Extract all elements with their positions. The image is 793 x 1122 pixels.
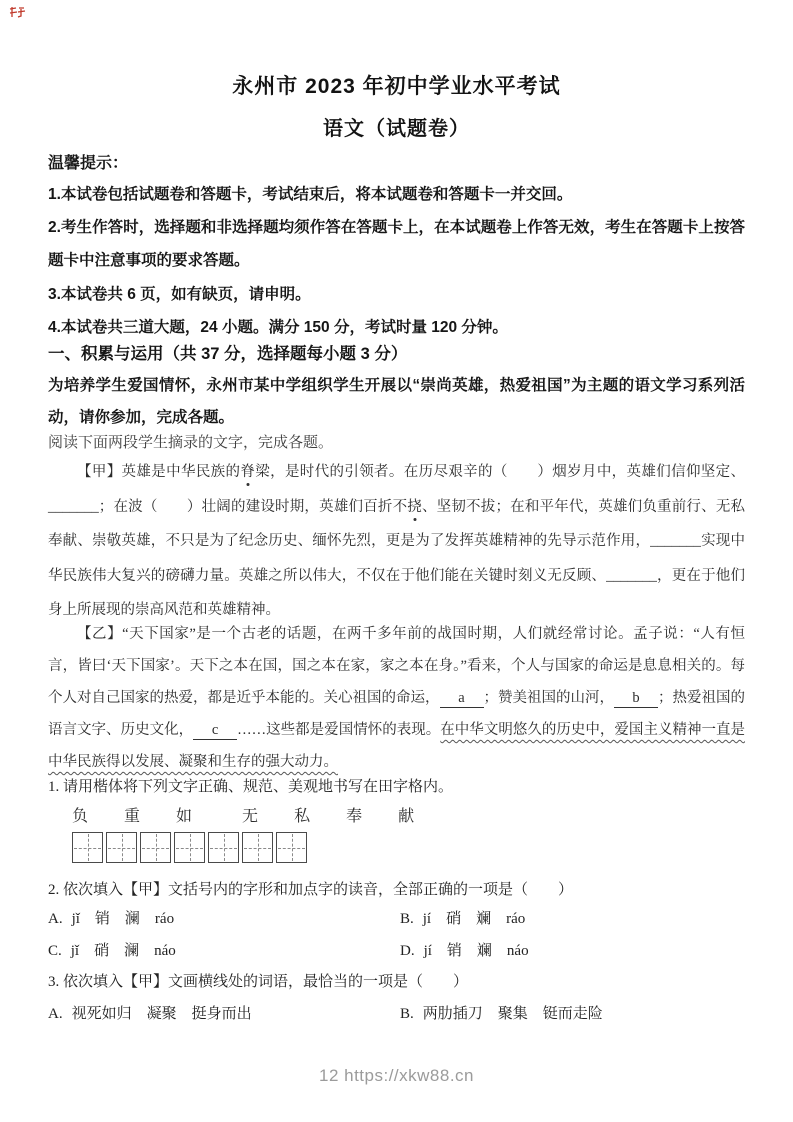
tianzige-box: [140, 832, 171, 863]
tianzige-box: [276, 832, 307, 863]
option-label: A.: [48, 911, 63, 927]
option-content: jǐ 硝 澜 náo: [71, 943, 176, 959]
text-segment-n: ；赞美祖国的山河，: [484, 690, 615, 706]
practice-character: 献: [398, 808, 414, 825]
option-b: B.两肋插刀 聚集 铤而走险: [400, 998, 745, 1030]
question-3-text: 3. 依次填入【甲】文画横线处的词语，最恰当的一项是（ ）: [48, 970, 745, 991]
option-d: D.jí 销 斓 náo: [400, 935, 745, 967]
corner-red-stamp-icon: [8, 6, 26, 24]
question-1-text: 1. 请用楷体将下列文字正确、规范、美观地书写在田字格内。: [48, 775, 745, 796]
notice-item-2: 2.考生作答时，选择题和非选择题均须作答在答题卡上，在本试题卷上作答无效，考生在…: [48, 211, 745, 277]
text-segment-dot: 脊: [240, 464, 255, 480]
tianzige-box: [72, 832, 103, 863]
option-content: jǐ 销 澜 ráo: [72, 911, 175, 927]
tianzige-box: [242, 832, 273, 863]
text-segment-n: 、坚韧不拔；在和平年代，英雄们负重前行、无私奉献、崇敬英雄，不只是为了纪念历史、…: [48, 499, 745, 619]
option-label: B.: [400, 1006, 414, 1022]
text-segment-n: ……这些都是爱国情怀的表现。: [237, 722, 440, 738]
practice-character: 重: [124, 808, 140, 825]
reading-note: 阅读下面两段学生摘录的文字，完成各题。: [48, 431, 745, 452]
section-intro: 为培养学生爱国情怀，永州市某中学组织学生开展以“崇尚英雄，热爱祖国”为主题的语文…: [48, 370, 745, 434]
practice-character: 奉: [346, 808, 362, 825]
notice-item-1: 1.本试卷包括试题卷和答题卡，考试结束后，将本试题卷和答题卡一并交回。: [48, 178, 745, 211]
text-segment-blank: c: [193, 723, 237, 740]
exam-subject-title: 语文（试题卷）: [0, 112, 793, 141]
option-label: C.: [48, 943, 62, 959]
option-label: D.: [400, 943, 415, 959]
option-content: jí 销 斓 náo: [424, 943, 529, 959]
option-content: 两肋插刀 聚集 铤而走险: [423, 1006, 603, 1022]
question-2-options: A.jǐ 销 澜 ráo B.jí 硝 斓 ráo C.jǐ 硝 澜 náo D…: [48, 903, 745, 967]
tianzige-box: [174, 832, 205, 863]
exam-title: 永州市 2023 年初中学业水平考试: [0, 70, 793, 100]
option-label: B.: [400, 911, 414, 927]
page-footer-watermark: 12 https://xkw88.cn: [0, 1066, 793, 1086]
option-a: A.jǐ 销 澜 ráo: [48, 903, 400, 935]
notice-item-3: 3.本试卷共 6 页，如有缺页，请申明。: [48, 278, 745, 311]
question-1-characters: 负重如无私奉献: [72, 803, 745, 826]
tianzige-box: [208, 832, 239, 863]
option-content: 视死如归 凝聚 挺身而出: [72, 1006, 252, 1022]
tianzige-grid: [72, 832, 745, 863]
practice-character: 如: [176, 808, 192, 825]
question-2-text: 2. 依次填入【甲】文括号内的字形和加点字的读音，全部正确的一项是（ ）: [48, 878, 745, 899]
text-segment-blank: b: [614, 691, 658, 708]
text-segment-dot: 挠: [407, 499, 422, 515]
exam-paper-page: 永州市 2023 年初中学业水平考试 语文（试题卷） 温馨提示： 1.本试卷包括…: [0, 0, 793, 1122]
text-segment-n: 【甲】英雄是中华民族的: [77, 464, 240, 480]
option-content: jí 硝 斓 ráo: [423, 911, 526, 927]
practice-character: 负: [72, 808, 88, 825]
question-3-options: A.视死如归 凝聚 挺身而出 B.两肋插刀 聚集 铤而走险: [48, 998, 745, 1030]
practice-character: 无: [242, 808, 258, 825]
text-segment-blank: a: [440, 691, 484, 708]
passage-yi: 【乙】“天下国家”是一个古老的话题，在两千多年前的战国时期，人们就经常讨论。孟子…: [48, 618, 745, 778]
tianzige-box: [106, 832, 137, 863]
option-a: A.视死如归 凝聚 挺身而出: [48, 998, 400, 1030]
option-c: C.jǐ 硝 澜 náo: [48, 935, 400, 967]
section-heading: 一、积累与运用（共 37 分，选择题每小题 3 分）: [48, 340, 745, 364]
passage-jia: 【甲】英雄是中华民族的脊梁，是时代的引领者。在历尽艰辛的（ ）烟岁月中，英雄们信…: [48, 455, 745, 628]
option-b: B.jí 硝 斓 ráo: [400, 903, 745, 935]
notice-heading: 温馨提示：: [48, 150, 745, 173]
practice-character: 私: [294, 808, 310, 825]
option-label: A.: [48, 1006, 63, 1022]
